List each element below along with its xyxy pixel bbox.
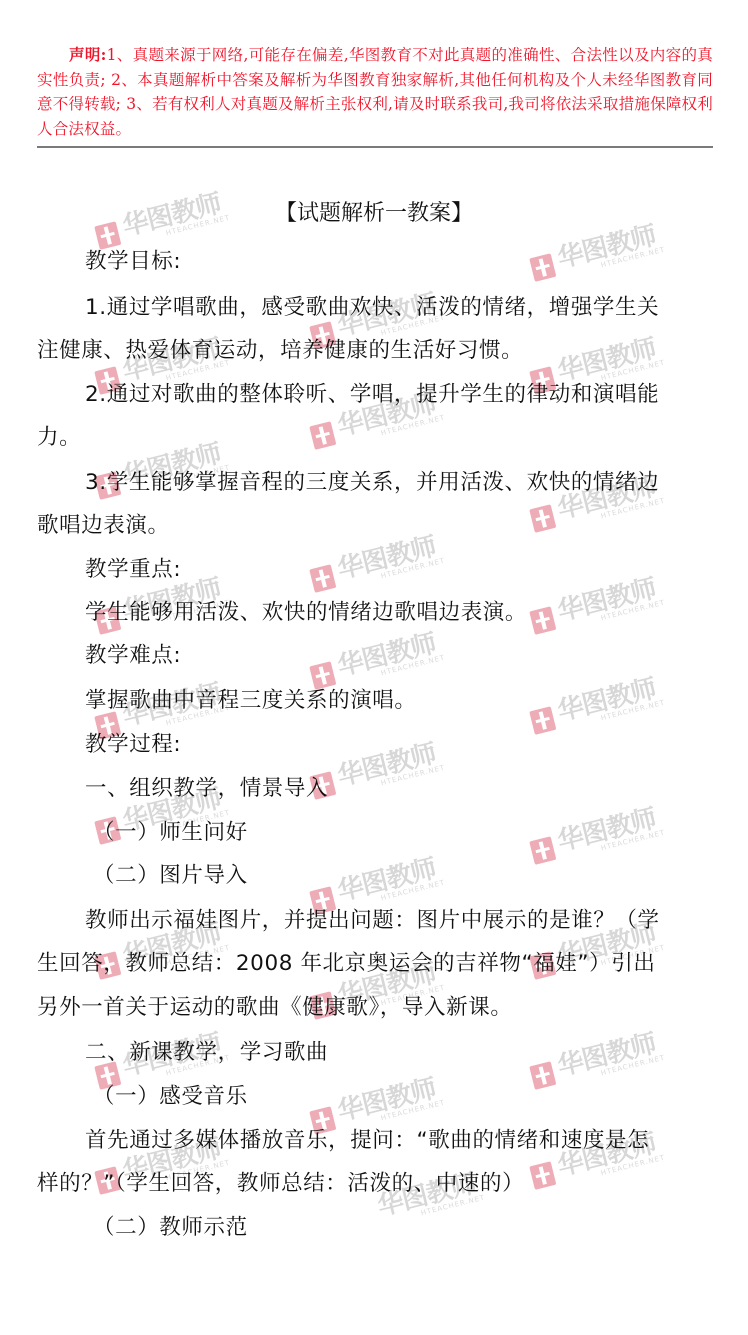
paragraph-line: 力。 [37, 420, 717, 451]
paragraph-line: 首先通过多媒体播放音乐，提问：“歌曲的情绪和速度是怎 [85, 1123, 748, 1154]
paragraph-line: 1.通过学唱歌曲，感受歌曲欢快、活泼的情绪，增强学生关 [85, 290, 748, 321]
disclaimer-label: 声明: [69, 45, 107, 64]
section-heading-process: 教学过程: [85, 727, 748, 758]
section-heading-key-points: 教学重点: [85, 552, 748, 583]
sub-step: （二）图片导入 [93, 858, 748, 889]
paragraph-line: 2.通过对歌曲的整体聆听、学唱，提升学生的律动和演唱能 [85, 377, 748, 408]
paragraph-line: 3.学生能够掌握音程的三度关系，并用活泼、欢快的情绪边 [85, 465, 748, 496]
step-heading: 二、新课教学，学习歌曲 [85, 1035, 748, 1066]
sub-step: （一）师生问好 [93, 815, 748, 846]
paragraph-line: 掌握歌曲中音程三度关系的演唱。 [85, 683, 748, 714]
sub-step: （一）感受音乐 [93, 1079, 748, 1110]
paragraph-line: 另外一首关于运动的歌曲《健康歌》，导入新课。 [37, 990, 717, 1021]
sub-step: （二）教师示范 [93, 1210, 748, 1241]
paragraph-line: 学生能够用活泼、欢快的情绪边歌唱边表演。 [85, 595, 748, 626]
section-heading-difficulties: 教学难点: [85, 638, 748, 669]
section-heading-objectives: 教学目标: [85, 244, 748, 275]
paragraph-line: 生回答，教师总结：2008 年北京奥运会的吉祥物“福娃”）引出 [37, 946, 717, 977]
step-heading: 一、组织教学，情景导入 [85, 771, 748, 802]
separator-line [37, 146, 713, 148]
disclaimer: 声明:1、真题来源于网络,可能存在偏差,华图教育不对此真题的准确性、合法性以及内… [37, 43, 713, 141]
paragraph-line: 注健康、热爱体育运动，培养健康的生活好习惯。 [37, 333, 717, 364]
paragraph-line: 歌唱边表演。 [37, 508, 717, 539]
disclaimer-text: 1、真题来源于网络,可能存在偏差,华图教育不对此真题的准确性、合法性以及内容的真… [37, 46, 713, 138]
paragraph-line: 样的？”（学生回答，教师总结：活泼的、中速的） [37, 1166, 717, 1197]
paragraph-line: 教师出示福娃图片，并提出问题：图片中展示的是谁？（学 [85, 903, 748, 934]
page-title: 【试题解析一教案】 [0, 196, 748, 227]
